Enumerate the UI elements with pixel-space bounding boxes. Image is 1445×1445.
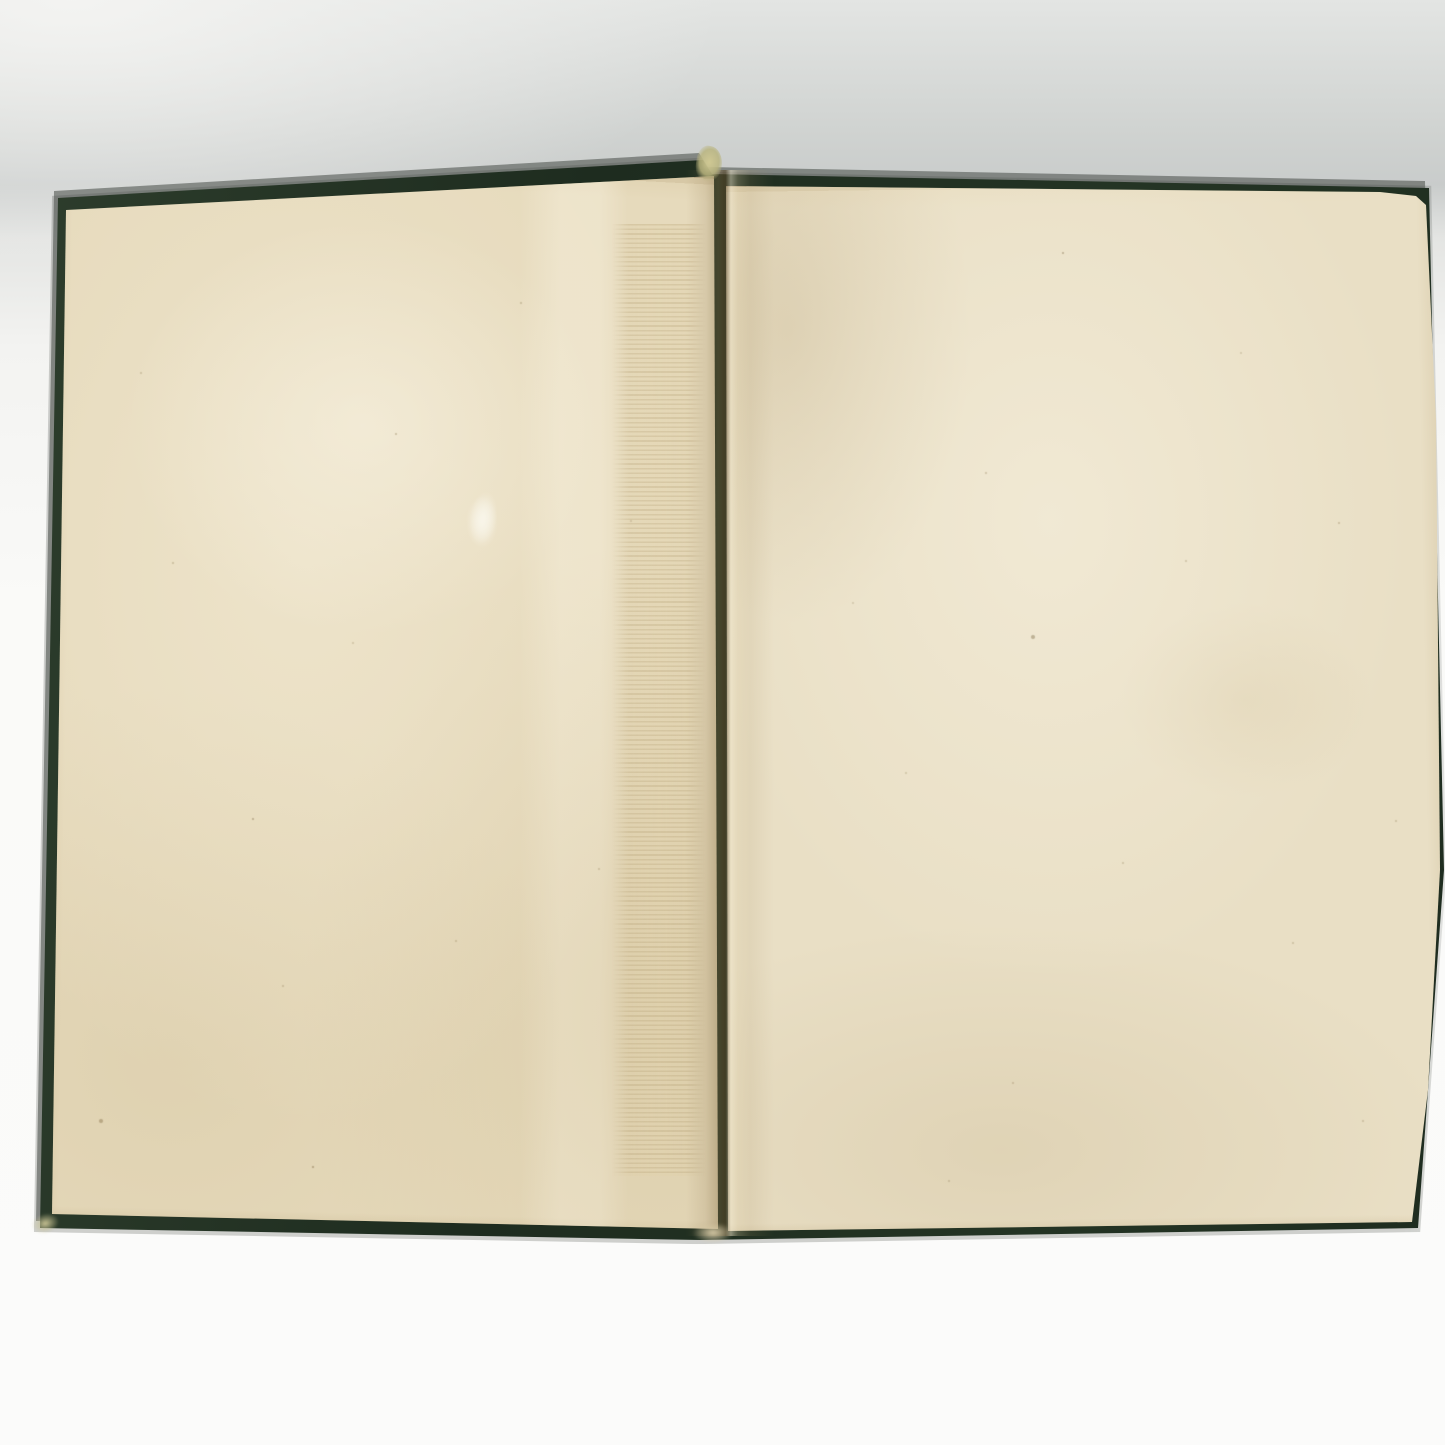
spine-gutter-shadow (686, 170, 774, 1236)
right-endpaper-page (726, 184, 1442, 1233)
paper-specks-right (0, 0, 2, 2)
book-photo-scene (0, 0, 1445, 1445)
spine-tail (688, 1224, 738, 1246)
